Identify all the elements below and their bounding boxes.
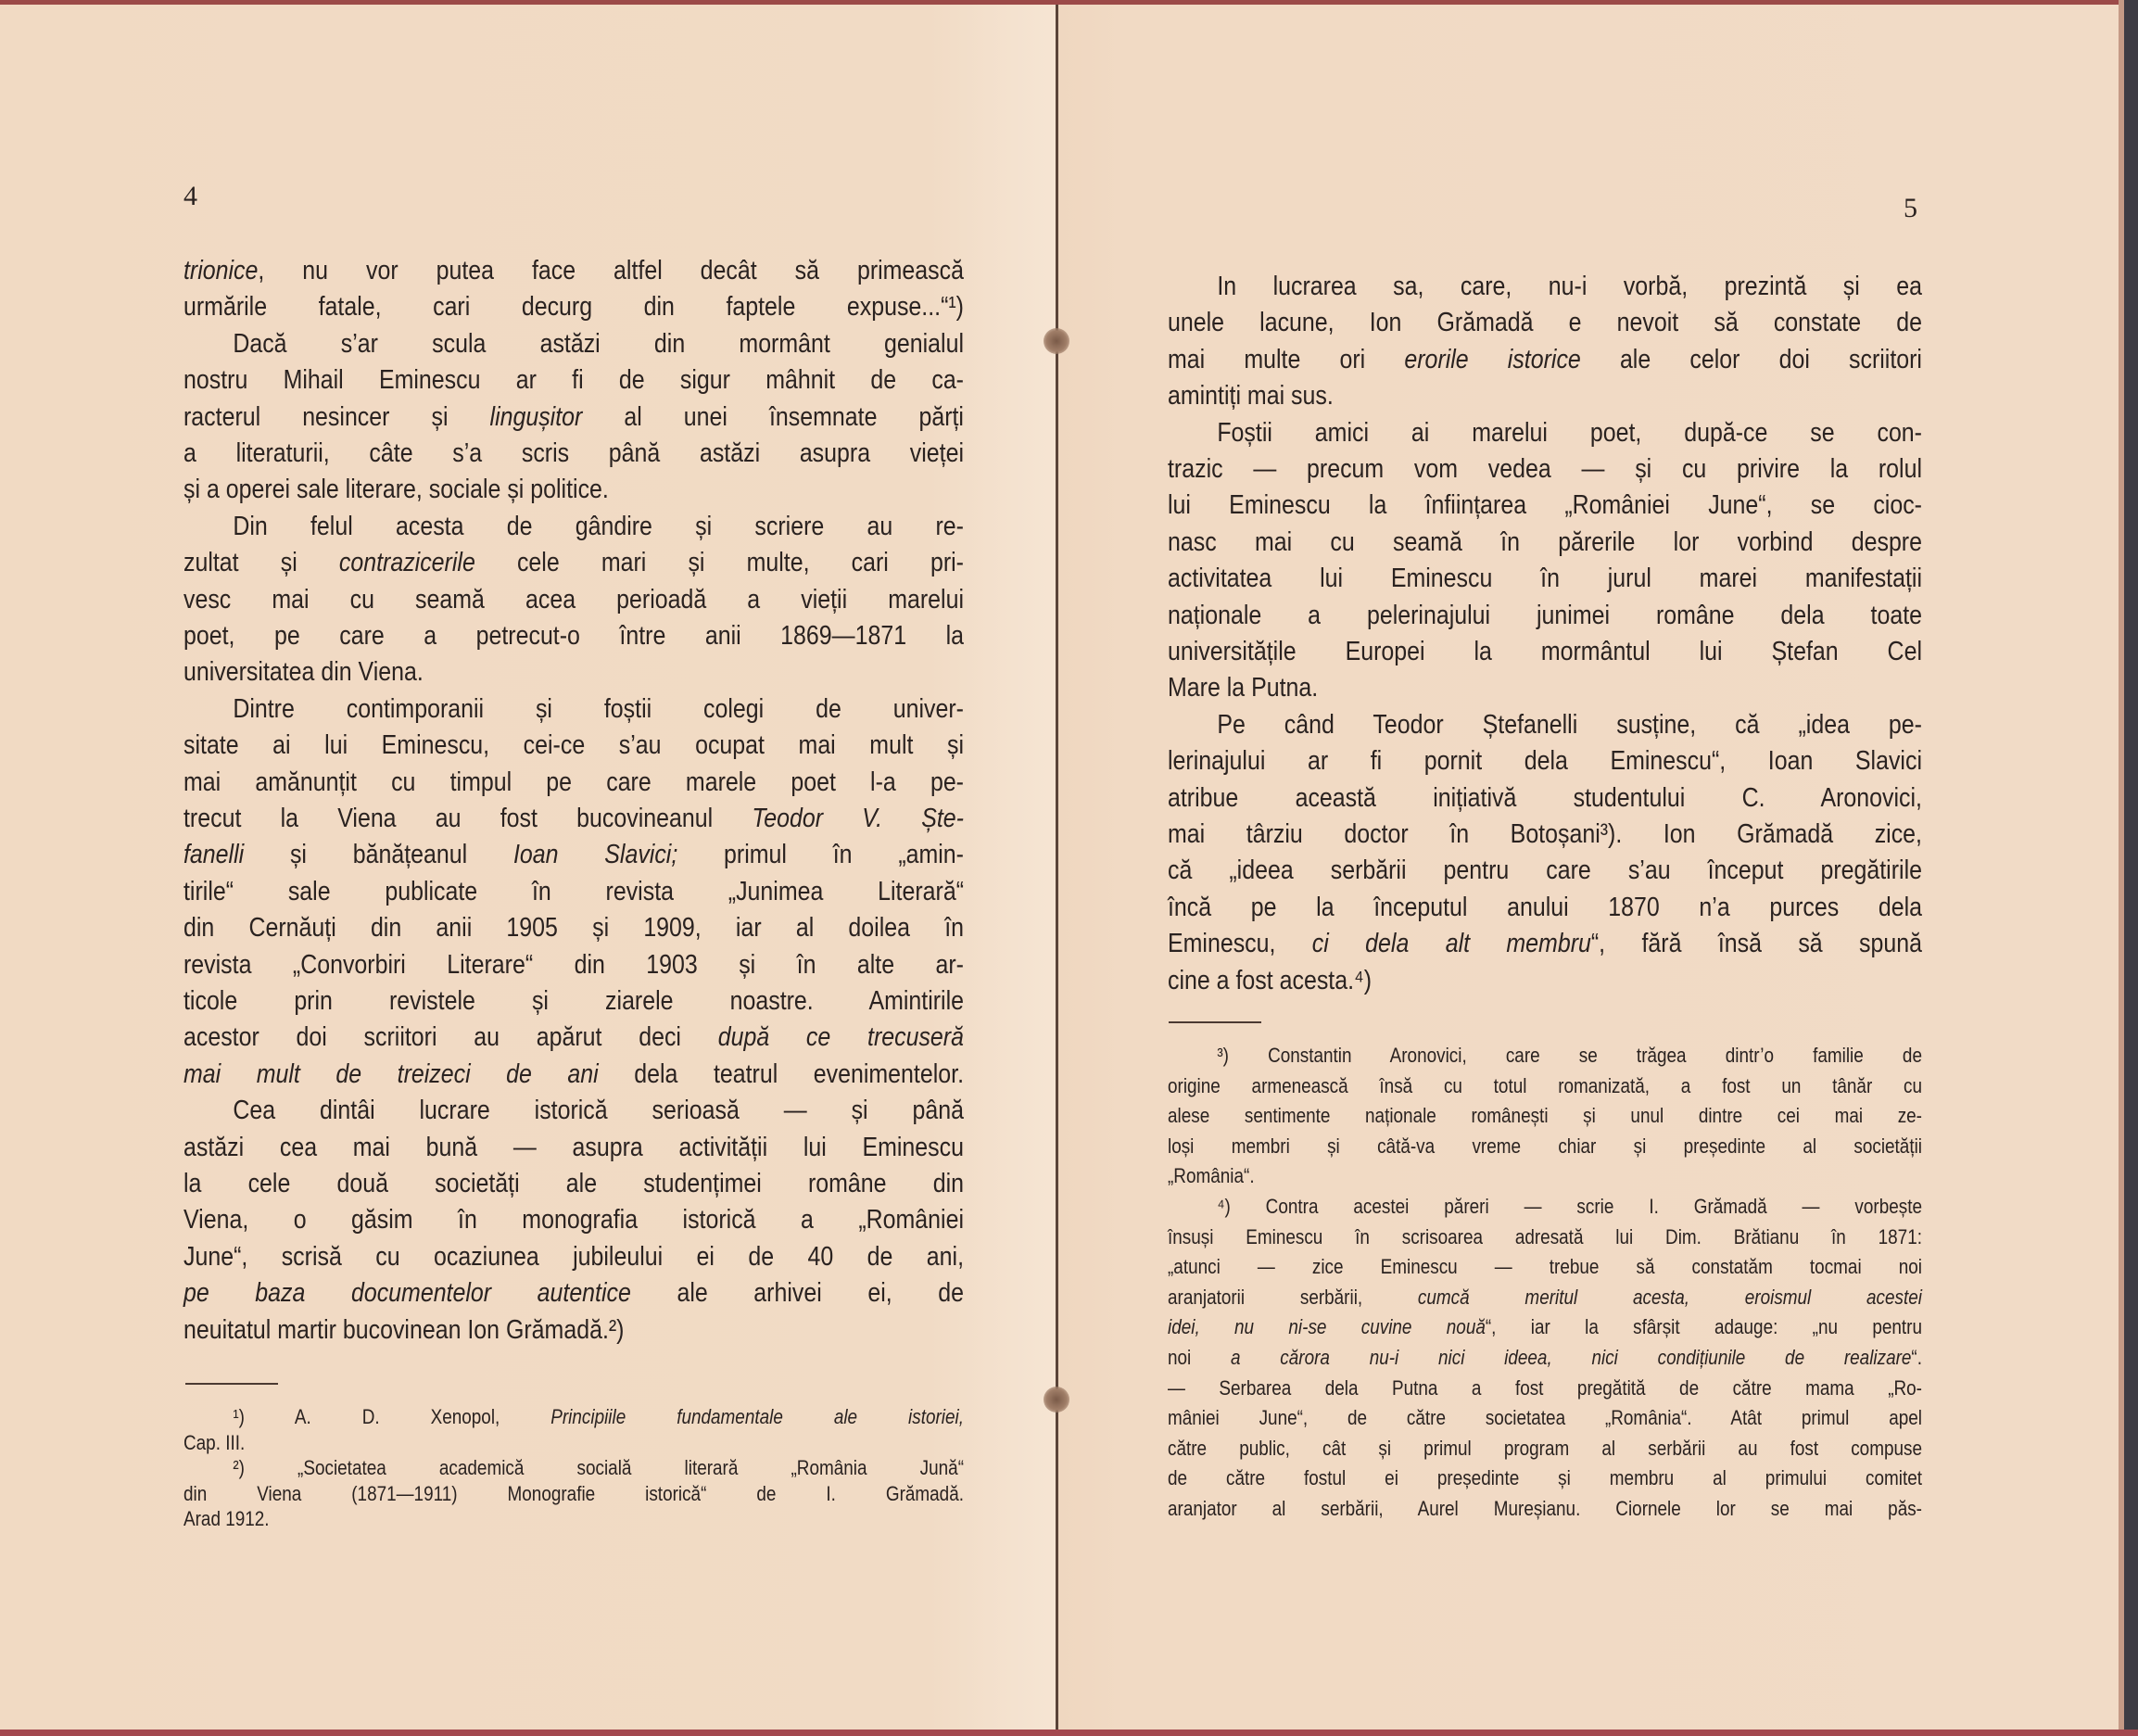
body-line: poet, pe care a petrecut-o între anii 18… [183, 618, 964, 654]
footnote-line: din Viena (1871—1911) Monografie istoric… [183, 1481, 964, 1507]
footnote-line-text: ³) Constantin Aronovici, care se trăgea … [1217, 1043, 1922, 1069]
footnote-line-text: ¹) A. D. Xenopol, Principiile fundamenta… [233, 1404, 964, 1430]
body-line: trionice, nu vor putea face altfel decât… [183, 253, 964, 289]
footnote-line-text: — Serbarea dela Putna a fost pregătită d… [1168, 1375, 1922, 1401]
body-line: a literaturii, câte s’a scris până astăz… [183, 436, 964, 472]
text-span: și bănățeanul [244, 840, 513, 869]
footnote-line: ⁴) Contra acestei păreri — scrie I. Grăm… [1168, 1194, 1922, 1220]
text-span: al unei însemnate părți [582, 402, 964, 432]
body-line-text: la cele două societăți ale studențimei r… [183, 1166, 964, 1202]
body-line: unele lacune, Ion Grămadă e nevoit să co… [1168, 305, 1922, 341]
body-line: mai multe ori erorile istorice ale celor… [1168, 342, 1922, 378]
footnote-line: Cap. III. [183, 1430, 964, 1456]
text-span: „România“. [1168, 1164, 1255, 1187]
italic-span: a cărora nu-i nici ideea, nici condițiun… [1231, 1346, 1911, 1369]
binding-stitch-bottom [1044, 1387, 1069, 1413]
footnote-line-text: către public, cât și primul program al s… [1168, 1436, 1922, 1462]
footnote-line: către public, cât și primul program al s… [1168, 1436, 1922, 1462]
body-line: revista „Convorbiri Literare“ din 1903 ș… [183, 947, 964, 983]
body-line: Din felul acesta de gândire și scriere a… [183, 509, 964, 545]
body-line-text: vesc mai cu seamă acea perioadă a vieții… [183, 582, 964, 618]
body-line: Eminescu, ci dela alt membru“, fără însă… [1168, 926, 1922, 962]
italic-span: pe baza documentelor autentice [183, 1278, 631, 1308]
body-line-text: trazic — precum vom vedea — și cu privir… [1168, 451, 1922, 488]
footnote-line-text: loși membri și câtă-va vreme chiar și pr… [1168, 1134, 1922, 1159]
footnote-line-text: aranjatorii serbării, cumcă meritul aces… [1168, 1285, 1922, 1311]
text-span: trazic — precum vom vedea — și cu privir… [1168, 454, 1922, 484]
italic-span: Principiile fundamentale ale istoriei, [550, 1405, 964, 1428]
body-line: Pe când Teodor Ștefanelli susține, că „i… [1168, 707, 1922, 743]
body-line-text: poet, pe care a petrecut-o între anii 18… [183, 618, 964, 654]
text-span: lui Eminescu la înființarea „României Ju… [1168, 490, 1922, 520]
binding-stitch-top [1044, 328, 1069, 354]
body-line: Dacă s’ar scula astăzi din mormânt genia… [183, 326, 964, 362]
body-line-text: activitatea lui Eminescu în jurul marei … [1168, 561, 1922, 597]
body-line-text: Viena, o găsim în monografia istorică a … [183, 1202, 964, 1238]
body-line: trazic — precum vom vedea — și cu privir… [1168, 451, 1922, 488]
text-span: loși membri și câtă-va vreme chiar și pr… [1168, 1134, 1922, 1158]
body-line: nasc mai cu seamă în părerile lor vorbin… [1168, 525, 1922, 561]
footnote-line-text: de către fostul ei președinte și membru … [1168, 1465, 1922, 1491]
body-line-text: unele lacune, Ion Grămadă e nevoit să co… [1168, 305, 1922, 341]
body-line: mai amănunțit cu timpul pe care marele p… [183, 765, 964, 801]
footnote-line: de către fostul ei președinte și membru … [1168, 1465, 1922, 1491]
text-span: Pe când Teodor Ștefanelli susține, că „i… [1217, 710, 1922, 740]
body-line-text: mai mult de treizeci de ani dela teatrul… [183, 1057, 964, 1093]
body-line: la cele două societăți ale studențimei r… [183, 1166, 964, 1202]
text-span: sitate ai lui Eminescu, cei-ce s’au ocup… [183, 730, 964, 760]
body-line-text: trionice, nu vor putea face altfel decât… [183, 253, 964, 289]
body-line-text: ticole prin revistele și ziarele noastre… [183, 983, 964, 1020]
text-span: ale arhivei ei, de [631, 1278, 964, 1308]
body-line-text: racterul nesincer și lingușitor al unei … [183, 399, 964, 436]
body-line-text: lui Eminescu la înființarea „României Ju… [1168, 488, 1922, 524]
body-line-text: pe baza documentelor autentice ale arhiv… [183, 1275, 964, 1312]
body-line: ticole prin revistele și ziarele noastre… [183, 983, 964, 1020]
body-line: trecut la Viena au fost bucovineanul Teo… [183, 801, 964, 837]
italic-span: lingușitor [490, 402, 583, 432]
body-line-text: tirile“ sale publicate în revista „Junim… [183, 874, 964, 910]
footnote-line: — Serbarea dela Putna a fost pregătită d… [1168, 1375, 1922, 1401]
body-line: din Cernăuți din anii 1905 și 1909, iar … [183, 910, 964, 946]
text-span: din Cernăuți din anii 1905 și 1909, iar … [183, 913, 964, 943]
body-line-text: Foștii amici ai marelui poet, după-ce se… [1217, 415, 1922, 451]
text-span: cele mari și multe, cari pri- [475, 548, 964, 577]
text-span: astăzi cea mai bună — asupra activității… [183, 1133, 964, 1162]
footnote-line: însuși Eminescu în scrisoarea adresată l… [1168, 1224, 1922, 1250]
body-line-text: sitate ai lui Eminescu, cei-ce s’au ocup… [183, 728, 964, 764]
body-line-text: încă pe la începutul anului 1870 n’a pur… [1168, 890, 1922, 926]
text-span: In lucrarea sa, care, nu-i vorbă, prezin… [1217, 272, 1922, 301]
body-line: June“, scrisă cu ocaziunea jubileului ei… [183, 1239, 964, 1275]
text-span: revista „Convorbiri Literare“ din 1903 ș… [183, 950, 964, 980]
body-line: că „ideea serbării pentru care s’au înce… [1168, 853, 1922, 889]
left-footnote-rule [185, 1383, 278, 1385]
text-span: noi [1168, 1346, 1231, 1369]
body-line-text: revista „Convorbiri Literare“ din 1903 ș… [183, 947, 964, 983]
body-line-text: neuitatul martir bucovinean Ion Grămadă.… [183, 1312, 964, 1349]
text-span: nostru Mihail Eminescu ar fi de sigur mâ… [183, 365, 964, 395]
text-span: Din felul acesta de gândire și scriere a… [233, 512, 964, 541]
text-span: mai târziu doctor în Botoșani³). Ion Gră… [1168, 819, 1922, 849]
body-line: încă pe la începutul anului 1870 n’a pur… [1168, 890, 1922, 926]
footnote-line-text: însuși Eminescu în scrisoarea adresată l… [1168, 1224, 1922, 1250]
footnote-line: Arad 1912. [183, 1506, 964, 1532]
text-span: lerinajului ar fi pornit dela Eminescu“,… [1168, 746, 1922, 776]
text-span: unele lacune, Ion Grămadă e nevoit să co… [1168, 308, 1922, 337]
body-line-text: acestor doi scriitori au apărut deci dup… [183, 1020, 964, 1056]
footnote-line-text: din Viena (1871—1911) Monografie istoric… [183, 1481, 964, 1507]
body-line-text: Cea dintâi lucrare istorică serioasă — ș… [233, 1093, 964, 1129]
body-line-text: că „ideea serbării pentru care s’au înce… [1168, 853, 1922, 889]
body-line: mai mult de treizeci de ani dela teatrul… [183, 1057, 964, 1093]
text-span: ale celor doi scriitori [1581, 345, 1922, 374]
text-span: neuitatul martir bucovinean Ion Grămadă.… [183, 1315, 624, 1345]
body-line: fanelli și bănățeanul Ioan Slavici; prim… [183, 837, 964, 873]
body-line-text: cine a fost acesta.⁴) [1168, 963, 1922, 999]
footnote-line-text: „România“. [1168, 1163, 1922, 1189]
body-line: Dintre contimporanii și foștii colegi de… [183, 691, 964, 728]
text-span: a literaturii, câte s’a scris până astăz… [183, 438, 964, 468]
body-line: și a operei sale literare, sociale și po… [183, 472, 964, 508]
text-span: către public, cât și primul program al s… [1168, 1437, 1922, 1460]
text-span: mai amănunțit cu timpul pe care marele p… [183, 767, 964, 797]
text-span: încă pe la începutul anului 1870 n’a pur… [1168, 893, 1922, 922]
text-span: — Serbarea dela Putna a fost pregătită d… [1168, 1376, 1922, 1400]
text-span: mai multe ori [1168, 345, 1404, 374]
page-number-left: 4 [183, 181, 197, 212]
text-span: aranjator al serbării, Aurel Mureșianu. … [1168, 1497, 1922, 1520]
body-line-text: din Cernăuți din anii 1905 și 1909, iar … [183, 910, 964, 946]
body-line: vesc mai cu seamă acea perioadă a vieții… [183, 582, 964, 618]
body-line: neuitatul martir bucovinean Ion Grămadă.… [183, 1312, 964, 1349]
body-line-text: nostru Mihail Eminescu ar fi de sigur mâ… [183, 362, 964, 399]
italic-span: idei, nu ni-se cuvine nouă [1168, 1315, 1486, 1338]
text-span: naționale a pelerinajului junimei române… [1168, 601, 1922, 630]
body-line: acestor doi scriitori au apărut deci dup… [183, 1020, 964, 1056]
footnote-line: alese sentimente naționale românești și … [1168, 1103, 1922, 1129]
footnote-line: mâniei June“, de către societatea „Român… [1168, 1405, 1922, 1431]
page-number-right: 5 [1904, 193, 1917, 224]
footnote-line-text: mâniei June“, de către societatea „Român… [1168, 1405, 1922, 1431]
body-line-text: a literaturii, câte s’a scris până astăz… [183, 436, 964, 472]
footnote-line-text: ²) „Societatea academică socială literar… [233, 1455, 964, 1481]
left-page: 4 trionice, nu vor putea face altfel dec… [0, 5, 1056, 1730]
body-line-text: și a operei sale literare, sociale și po… [183, 472, 964, 508]
italic-span: erorile istorice [1404, 345, 1580, 374]
text-span: că „ideea serbării pentru care s’au înce… [1168, 855, 1922, 885]
italic-span: Ioan Slavici; [513, 840, 677, 869]
body-line-text: lerinajului ar fi pornit dela Eminescu“,… [1168, 743, 1922, 779]
footnote-line: ¹) A. D. Xenopol, Principiile fundamenta… [183, 1404, 964, 1430]
italic-span: Teodor V. Ște- [752, 804, 964, 833]
gutter-fold [1056, 5, 1058, 1730]
footnote-line: loși membri și câtă-va vreme chiar și pr… [1168, 1134, 1922, 1159]
text-span: “, fără însă să spună [1591, 929, 1922, 958]
body-line-text: Eminescu, ci dela alt membru“, fără însă… [1168, 926, 1922, 962]
italic-span: ci dela alt membru [1312, 929, 1591, 958]
footnote-line-text: noi a cărora nu-i nici ideea, nici condi… [1168, 1345, 1922, 1371]
body-line-text: Dacă s’ar scula astăzi din mormânt genia… [233, 326, 964, 362]
body-line-text: universitățile Europei la mormântul lui … [1168, 634, 1922, 670]
body-line-text: Dintre contimporanii și foștii colegi de… [233, 691, 964, 728]
footnote-line-text: idei, nu ni-se cuvine nouă“, iar la sfâr… [1168, 1314, 1922, 1340]
body-line: Mare la Putna. [1168, 670, 1922, 706]
text-span: mâniei June“, de către societatea „Român… [1168, 1406, 1922, 1429]
body-line-text: amintiți mai sus. [1168, 378, 1922, 414]
italic-span: fanelli [183, 840, 244, 869]
bottom-cover-edge [0, 1730, 2138, 1736]
text-span: tirile“ sale publicate în revista „Junim… [183, 877, 964, 906]
text-span: universitatea din Viena. [183, 657, 424, 687]
body-line-text: mai amănunțit cu timpul pe care marele p… [183, 765, 964, 801]
body-line-text: nasc mai cu seamă în părerile lor vorbin… [1168, 525, 1922, 561]
footnote-line-text: ⁴) Contra acestei păreri — scrie I. Grăm… [1217, 1194, 1922, 1220]
footnote-line: aranjator al serbării, Aurel Mureșianu. … [1168, 1496, 1922, 1522]
text-span: din Viena (1871—1911) Monografie istoric… [183, 1482, 964, 1505]
footnote-line-text: origine armenească însă cu totul romaniz… [1168, 1073, 1922, 1099]
text-span: Cap. III. [183, 1431, 245, 1454]
footnote-line: noi a cărora nu-i nici ideea, nici condi… [1168, 1345, 1922, 1371]
body-line: tirile“ sale publicate în revista „Junim… [183, 874, 964, 910]
italic-span: mai mult de treizeci de ani [183, 1059, 599, 1089]
body-line: pe baza documentelor autentice ale arhiv… [183, 1275, 964, 1312]
text-span: Viena, o găsim în monografia istorică a … [183, 1205, 964, 1235]
text-span: Arad 1912. [183, 1507, 270, 1530]
text-span: Eminescu, [1168, 929, 1312, 958]
text-span: de către fostul ei președinte și membru … [1168, 1466, 1922, 1489]
body-line-text: mai târziu doctor în Botoșani³). Ion Gră… [1168, 817, 1922, 853]
body-line: atribue această inițiativă studentului C… [1168, 780, 1922, 817]
text-span: poet, pe care a petrecut-o între anii 18… [183, 621, 964, 651]
body-line: mai târziu doctor în Botoșani³). Ion Gră… [1168, 817, 1922, 853]
text-span: Foștii amici ai marelui poet, după-ce se… [1217, 418, 1922, 448]
body-line: nostru Mihail Eminescu ar fi de sigur mâ… [183, 362, 964, 399]
body-line-text: atribue această inițiativă studentului C… [1168, 780, 1922, 817]
text-span: Mare la Putna. [1168, 673, 1318, 703]
italic-span: după ce trecuseră [718, 1022, 964, 1052]
text-span: la cele două societăți ale studențimei r… [183, 1169, 964, 1198]
italic-span: trionice [183, 256, 258, 285]
body-line: universitatea din Viena. [183, 654, 964, 691]
text-span: Cea dintâi lucrare istorică serioasă — ș… [233, 1096, 964, 1125]
body-line: zultat și contrazicerile cele mari și mu… [183, 545, 964, 581]
text-span: vesc mai cu seamă acea perioadă a vieții… [183, 585, 964, 615]
body-line-text: In lucrarea sa, care, nu-i vorbă, prezin… [1217, 269, 1922, 305]
body-line: amintiți mai sus. [1168, 378, 1922, 414]
text-span: ¹) A. D. Xenopol, [233, 1405, 550, 1428]
text-span: activitatea lui Eminescu în jurul marei … [1168, 564, 1922, 593]
text-span: , nu vor putea face altfel decât să prim… [258, 256, 964, 285]
text-span: trecut la Viena au fost bucovineanul [183, 804, 752, 833]
text-span: atribue această inițiativă studentului C… [1168, 783, 1922, 813]
text-span: primul în „amin- [677, 840, 964, 869]
footnote-line: „atunci — zice Eminescu — trebue să cons… [1168, 1254, 1922, 1280]
text-span: „atunci — zice Eminescu — trebue să cons… [1168, 1255, 1922, 1278]
body-line-text: urmările fatale, cari decurg din faptele… [183, 289, 964, 325]
body-line-text: zultat și contrazicerile cele mari și mu… [183, 545, 964, 581]
body-line: naționale a pelerinajului junimei române… [1168, 598, 1922, 634]
footnote-line-text: aranjator al serbării, Aurel Mureșianu. … [1168, 1496, 1922, 1522]
body-line-text: universitatea din Viena. [183, 654, 964, 691]
body-line: universitățile Europei la mormântul lui … [1168, 634, 1922, 670]
text-span: racterul nesincer și [183, 402, 490, 432]
body-line-text: Pe când Teodor Ștefanelli susține, că „i… [1217, 707, 1922, 743]
italic-span: cumcă meritul acesta, eroismul acestei [1418, 1286, 1922, 1309]
body-line-text: fanelli și bănățeanul Ioan Slavici; prim… [183, 837, 964, 873]
body-line: sitate ai lui Eminescu, cei-ce s’au ocup… [183, 728, 964, 764]
footnote-line: origine armenească însă cu totul romaniz… [1168, 1073, 1922, 1099]
text-span: alese sentimente naționale românești și … [1168, 1104, 1922, 1127]
body-line-text: Din felul acesta de gândire și scriere a… [233, 509, 964, 545]
text-span: însuși Eminescu în scrisoarea adresată l… [1168, 1225, 1922, 1248]
text-span: June“, scrisă cu ocaziunea jubileului ei… [183, 1242, 964, 1272]
text-span: “. [1911, 1346, 1922, 1369]
footnote-line: aranjatorii serbării, cumcă meritul aces… [1168, 1285, 1922, 1311]
footnote-line-text: alese sentimente naționale românești și … [1168, 1103, 1922, 1129]
text-span: universitățile Europei la mormântul lui … [1168, 637, 1922, 666]
text-span: acestor doi scriitori au apărut deci [183, 1022, 718, 1052]
body-line-text: trecut la Viena au fost bucovineanul Teo… [183, 801, 964, 837]
footnote-line-text: Arad 1912. [183, 1506, 964, 1532]
body-line-text: mai multe ori erorile istorice ale celor… [1168, 342, 1922, 378]
text-span: aranjatorii serbării, [1168, 1286, 1418, 1309]
text-span: urmările fatale, cari decurg din faptele… [183, 292, 964, 322]
book-spread: 4 trionice, nu vor putea face altfel dec… [0, 0, 2138, 1736]
body-line: urmările fatale, cari decurg din faptele… [183, 289, 964, 325]
text-span: “, iar la sfârșit adauge: „nu pentru [1486, 1315, 1922, 1338]
body-line: lui Eminescu la înființarea „României Ju… [1168, 488, 1922, 524]
body-line-text: Mare la Putna. [1168, 670, 1922, 706]
text-span: Dintre contimporanii și foștii colegi de… [233, 694, 964, 724]
text-span: ³) Constantin Aronovici, care se trăgea … [1217, 1044, 1922, 1067]
text-span: ⁴) Contra acestei păreri — scrie I. Grăm… [1217, 1195, 1922, 1218]
text-span: Dacă s’ar scula astăzi din mormânt genia… [233, 329, 964, 359]
italic-span: contrazicerile [339, 548, 475, 577]
text-span: nasc mai cu seamă în părerile lor vorbin… [1168, 527, 1922, 557]
body-line: In lucrarea sa, care, nu-i vorbă, prezin… [1168, 269, 1922, 305]
body-line: Foștii amici ai marelui poet, după-ce se… [1168, 415, 1922, 451]
text-span: zultat și [183, 548, 339, 577]
body-line: racterul nesincer și lingușitor al unei … [183, 399, 964, 436]
right-cover-spine [2124, 0, 2138, 1736]
body-line-text: naționale a pelerinajului junimei române… [1168, 598, 1922, 634]
body-line-text: June“, scrisă cu ocaziunea jubileului ei… [183, 1239, 964, 1275]
body-line: Viena, o găsim în monografia istorică a … [183, 1202, 964, 1238]
footnote-line-text: Cap. III. [183, 1430, 964, 1456]
text-span: ticole prin revistele și ziarele noastre… [183, 986, 964, 1016]
text-span: amintiți mai sus. [1168, 381, 1334, 411]
right-page: 5 In lucrarea sa, care, nu-i vorbă, prez… [1059, 5, 2119, 1730]
text-span: ²) „Societatea academică socială literar… [233, 1456, 964, 1479]
text-span: dela teatrul evenimentelor. [599, 1059, 964, 1089]
footnote-line: ³) Constantin Aronovici, care se trăgea … [1168, 1043, 1922, 1069]
text-span: și a operei sale literare, sociale și po… [183, 475, 609, 504]
footnote-line-text: „atunci — zice Eminescu — trebue să cons… [1168, 1254, 1922, 1280]
body-line: lerinajului ar fi pornit dela Eminescu“,… [1168, 743, 1922, 779]
footnote-line: ²) „Societatea academică socială literar… [183, 1455, 964, 1481]
body-line: activitatea lui Eminescu în jurul marei … [1168, 561, 1922, 597]
right-footnote-rule [1169, 1021, 1261, 1023]
text-span: origine armenească însă cu totul romaniz… [1168, 1074, 1922, 1097]
body-line-text: astăzi cea mai bună — asupra activității… [183, 1130, 964, 1166]
body-line: Cea dintâi lucrare istorică serioasă — ș… [183, 1093, 964, 1129]
footnote-line: „România“. [1168, 1163, 1922, 1189]
body-line: astăzi cea mai bună — asupra activității… [183, 1130, 964, 1166]
body-line: cine a fost acesta.⁴) [1168, 963, 1922, 999]
text-span: cine a fost acesta.⁴) [1168, 966, 1372, 995]
footnote-line: idei, nu ni-se cuvine nouă“, iar la sfâr… [1168, 1314, 1922, 1340]
